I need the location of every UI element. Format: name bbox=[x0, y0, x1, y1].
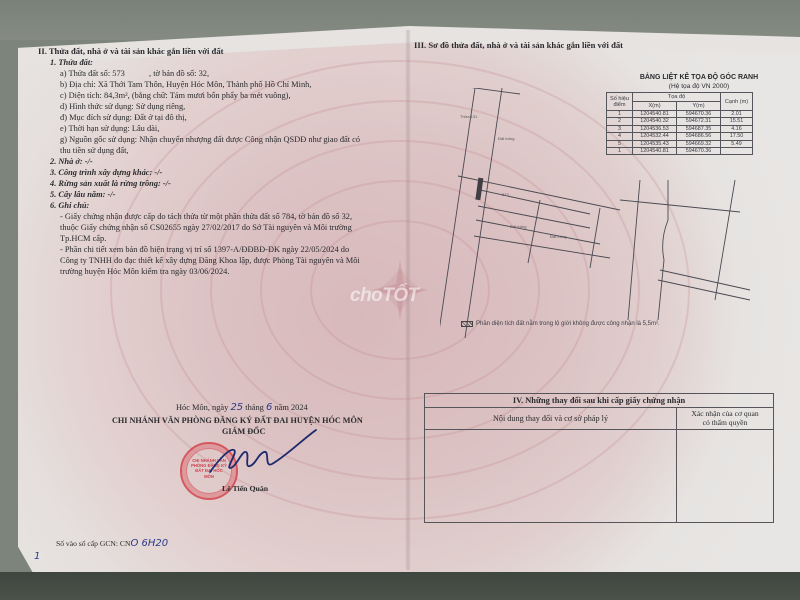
col-edge: Cạnh (m) bbox=[721, 93, 753, 111]
col-x: X(m) bbox=[633, 102, 677, 111]
house-item: 2. Nhà ở: -/- bbox=[50, 157, 93, 168]
signing-month: 6 bbox=[266, 402, 272, 413]
signing-date: Hóc Môn, ngày 25 tháng 6 năm 2024 bbox=[176, 403, 308, 414]
cadastral-map-right bbox=[620, 180, 760, 340]
coordinate-row: 31204536.53594687.354.16 bbox=[607, 125, 753, 132]
svg-text:Đất trống: Đất trống bbox=[550, 234, 566, 239]
desk-edge bbox=[0, 572, 800, 600]
issuing-office: CHI NHÁNH VĂN PHÒNG ĐĂNG KÝ ĐẤT ĐAI HUYỆ… bbox=[112, 416, 363, 427]
note-line: Công ty TNHH đo đạc thiết kế xây dựng Đă… bbox=[60, 256, 360, 267]
parcel-number: 573 bbox=[112, 69, 125, 78]
address: b) Địa chỉ: Xã Thới Tam Thôn, Huyện Hóc … bbox=[60, 80, 311, 91]
month-label: tháng bbox=[245, 403, 264, 412]
coordinate-row: 11204540.81594670.36 bbox=[607, 148, 753, 155]
year-label: năm 2024 bbox=[274, 403, 307, 412]
coord-x: 1204532.44 bbox=[633, 133, 677, 140]
changes-table: IV. Những thay đổi sau khi cấp giấy chứn… bbox=[424, 393, 774, 523]
coord-edge: 15.51 bbox=[721, 118, 753, 125]
coordinate-row: 41204532.44594686.5617.50 bbox=[607, 133, 753, 140]
other-construction-item: 3. Công trình xây dựng khác: -/- bbox=[50, 168, 162, 179]
coordinate-table: Số hiệu điểm Tọa độ Cạnh (m) X(m) Y(m) 1… bbox=[606, 92, 753, 155]
note-line: - Giấy chứng nhận được cấp do tách thửa … bbox=[60, 212, 352, 223]
coord-y: 594672.31 bbox=[677, 118, 721, 125]
hatch-swatch-icon bbox=[461, 321, 473, 327]
svg-text:Đất trống: Đất trống bbox=[510, 224, 526, 229]
coord-y: 594669.32 bbox=[677, 140, 721, 147]
coord-edge: 17.50 bbox=[721, 133, 753, 140]
coordinate-row: 21204540.32594672.3115.51 bbox=[607, 118, 753, 125]
signer-name: Lê Tiến Quân bbox=[222, 484, 268, 495]
section-ii-title: II. Thửa đất, nhà ở và tài sản khác gắn … bbox=[38, 46, 223, 57]
section-iii-title: III. Sơ đồ thửa đất, nhà ở và tài sản kh… bbox=[414, 40, 623, 51]
coord-edge bbox=[721, 148, 753, 155]
coord-y: 594687.35 bbox=[677, 125, 721, 132]
parcel-number-label: a) Thửa đất số: bbox=[60, 69, 110, 78]
coord-y: 594686.56 bbox=[677, 133, 721, 140]
registry-value: O 6H20 bbox=[130, 538, 168, 549]
note-line: trường huyện Hóc Môn kiểm tra ngày 03/06… bbox=[60, 267, 229, 278]
changes-col-content: Nội dung thay đổi và cơ sở pháp lý bbox=[425, 408, 677, 430]
svg-text:Đất trống: Đất trống bbox=[498, 136, 514, 141]
coord-x: 1204536.53 bbox=[633, 125, 677, 132]
usage-purpose: đ) Mục đích sử dụng: Đất ở tại đô thị, bbox=[60, 113, 187, 124]
coord-y: 594670.36 bbox=[677, 111, 721, 118]
coord-x: 1204535.43 bbox=[633, 140, 677, 147]
usage-origin: g) Nguồn gốc sử dụng: Nhận chuyển nhượng… bbox=[60, 135, 360, 146]
cadastral-map: 573 Thửa 131 Đất trống Đất trống Đất trố… bbox=[440, 88, 620, 338]
changes-col-confirm: Xác nhận của cơ quan có thẩm quyền bbox=[677, 408, 773, 430]
map-legend: Phần diện tích đất nằm trong lộ giới khô… bbox=[461, 321, 660, 327]
coord-x: 1204540.81 bbox=[633, 111, 677, 118]
map-legend-text: Phần diện tích đất nằm trong lộ giới khô… bbox=[476, 321, 660, 327]
map-sheet-number: 32, bbox=[199, 69, 209, 78]
signature-icon bbox=[190, 428, 320, 478]
changes-confirm-cell bbox=[677, 430, 773, 522]
usage-form: d) Hình thức sử dụng: Sử dụng riêng, bbox=[60, 102, 185, 113]
changes-col-confirm-line2: có thẩm quyền bbox=[677, 419, 773, 428]
notes-heading: 6. Ghi chú: bbox=[50, 201, 89, 212]
coord-edge: 2.01 bbox=[721, 111, 753, 118]
signing-day: 25 bbox=[230, 402, 243, 413]
note-line: - Phần chi tiết xem bản đồ hiện trạng vị… bbox=[60, 245, 349, 256]
coord-edge: 4.16 bbox=[721, 125, 753, 132]
parcel-label: 573 bbox=[502, 192, 509, 197]
note-line: Tp.HCM cấp. bbox=[60, 234, 106, 245]
signing-place: Hóc Môn, ngày bbox=[176, 403, 228, 412]
corner-mark: 1 bbox=[34, 552, 40, 563]
parcel-number-row: a) Thửa đất số: 573 , tờ bản đồ số: 32, bbox=[60, 69, 209, 80]
coord-x: 1204540.32 bbox=[633, 118, 677, 125]
usage-term: e) Thời hạn sử dụng: Lâu dài, bbox=[60, 124, 159, 135]
col-coords: Tọa độ bbox=[633, 93, 721, 102]
note-line: thuộc Giấy chứng nhận số CS02655 ngày 27… bbox=[60, 223, 352, 234]
coord-edge: 5.49 bbox=[721, 140, 753, 147]
perennial-trees-item: 5. Cây lâu năm: -/- bbox=[50, 190, 115, 201]
area: c) Diện tích: 84,3m², (bằng chữ: Tám mươ… bbox=[60, 91, 291, 102]
coord-table-subtitle: (Hệ tọa độ VN 2000) bbox=[614, 82, 784, 93]
coord-x: 1204540.81 bbox=[633, 148, 677, 155]
svg-text:Thửa 131: Thửa 131 bbox=[460, 114, 478, 119]
changes-title: IV. Những thay đổi sau khi cấp giấy chứn… bbox=[425, 394, 773, 408]
coordinate-row: 51204535.43594669.325.49 bbox=[607, 140, 753, 147]
coordinate-rows: 11204540.81594670.362.0121204540.3259467… bbox=[607, 111, 753, 155]
map-sheet-label: , tờ bản đồ số: bbox=[149, 69, 196, 78]
registry-label: Số vào sổ cấp GCN: CN bbox=[56, 539, 130, 548]
coordinate-row: 11204540.81594670.362.01 bbox=[607, 111, 753, 118]
usage-origin-cont: thu tiền sử dụng đất, bbox=[60, 146, 129, 157]
col-y: Y(m) bbox=[677, 102, 721, 111]
registry-number: Số vào sổ cấp GCN: CNO 6H20 bbox=[56, 539, 168, 550]
watermark: choTỐT bbox=[350, 285, 419, 307]
coord-y: 594670.36 bbox=[677, 148, 721, 155]
land-parcel-heading: 1. Thửa đất: bbox=[50, 58, 93, 69]
production-forest-item: 4. Rừng sản xuất là rừng trồng: -/- bbox=[50, 179, 171, 190]
changes-content-cell bbox=[425, 430, 677, 522]
